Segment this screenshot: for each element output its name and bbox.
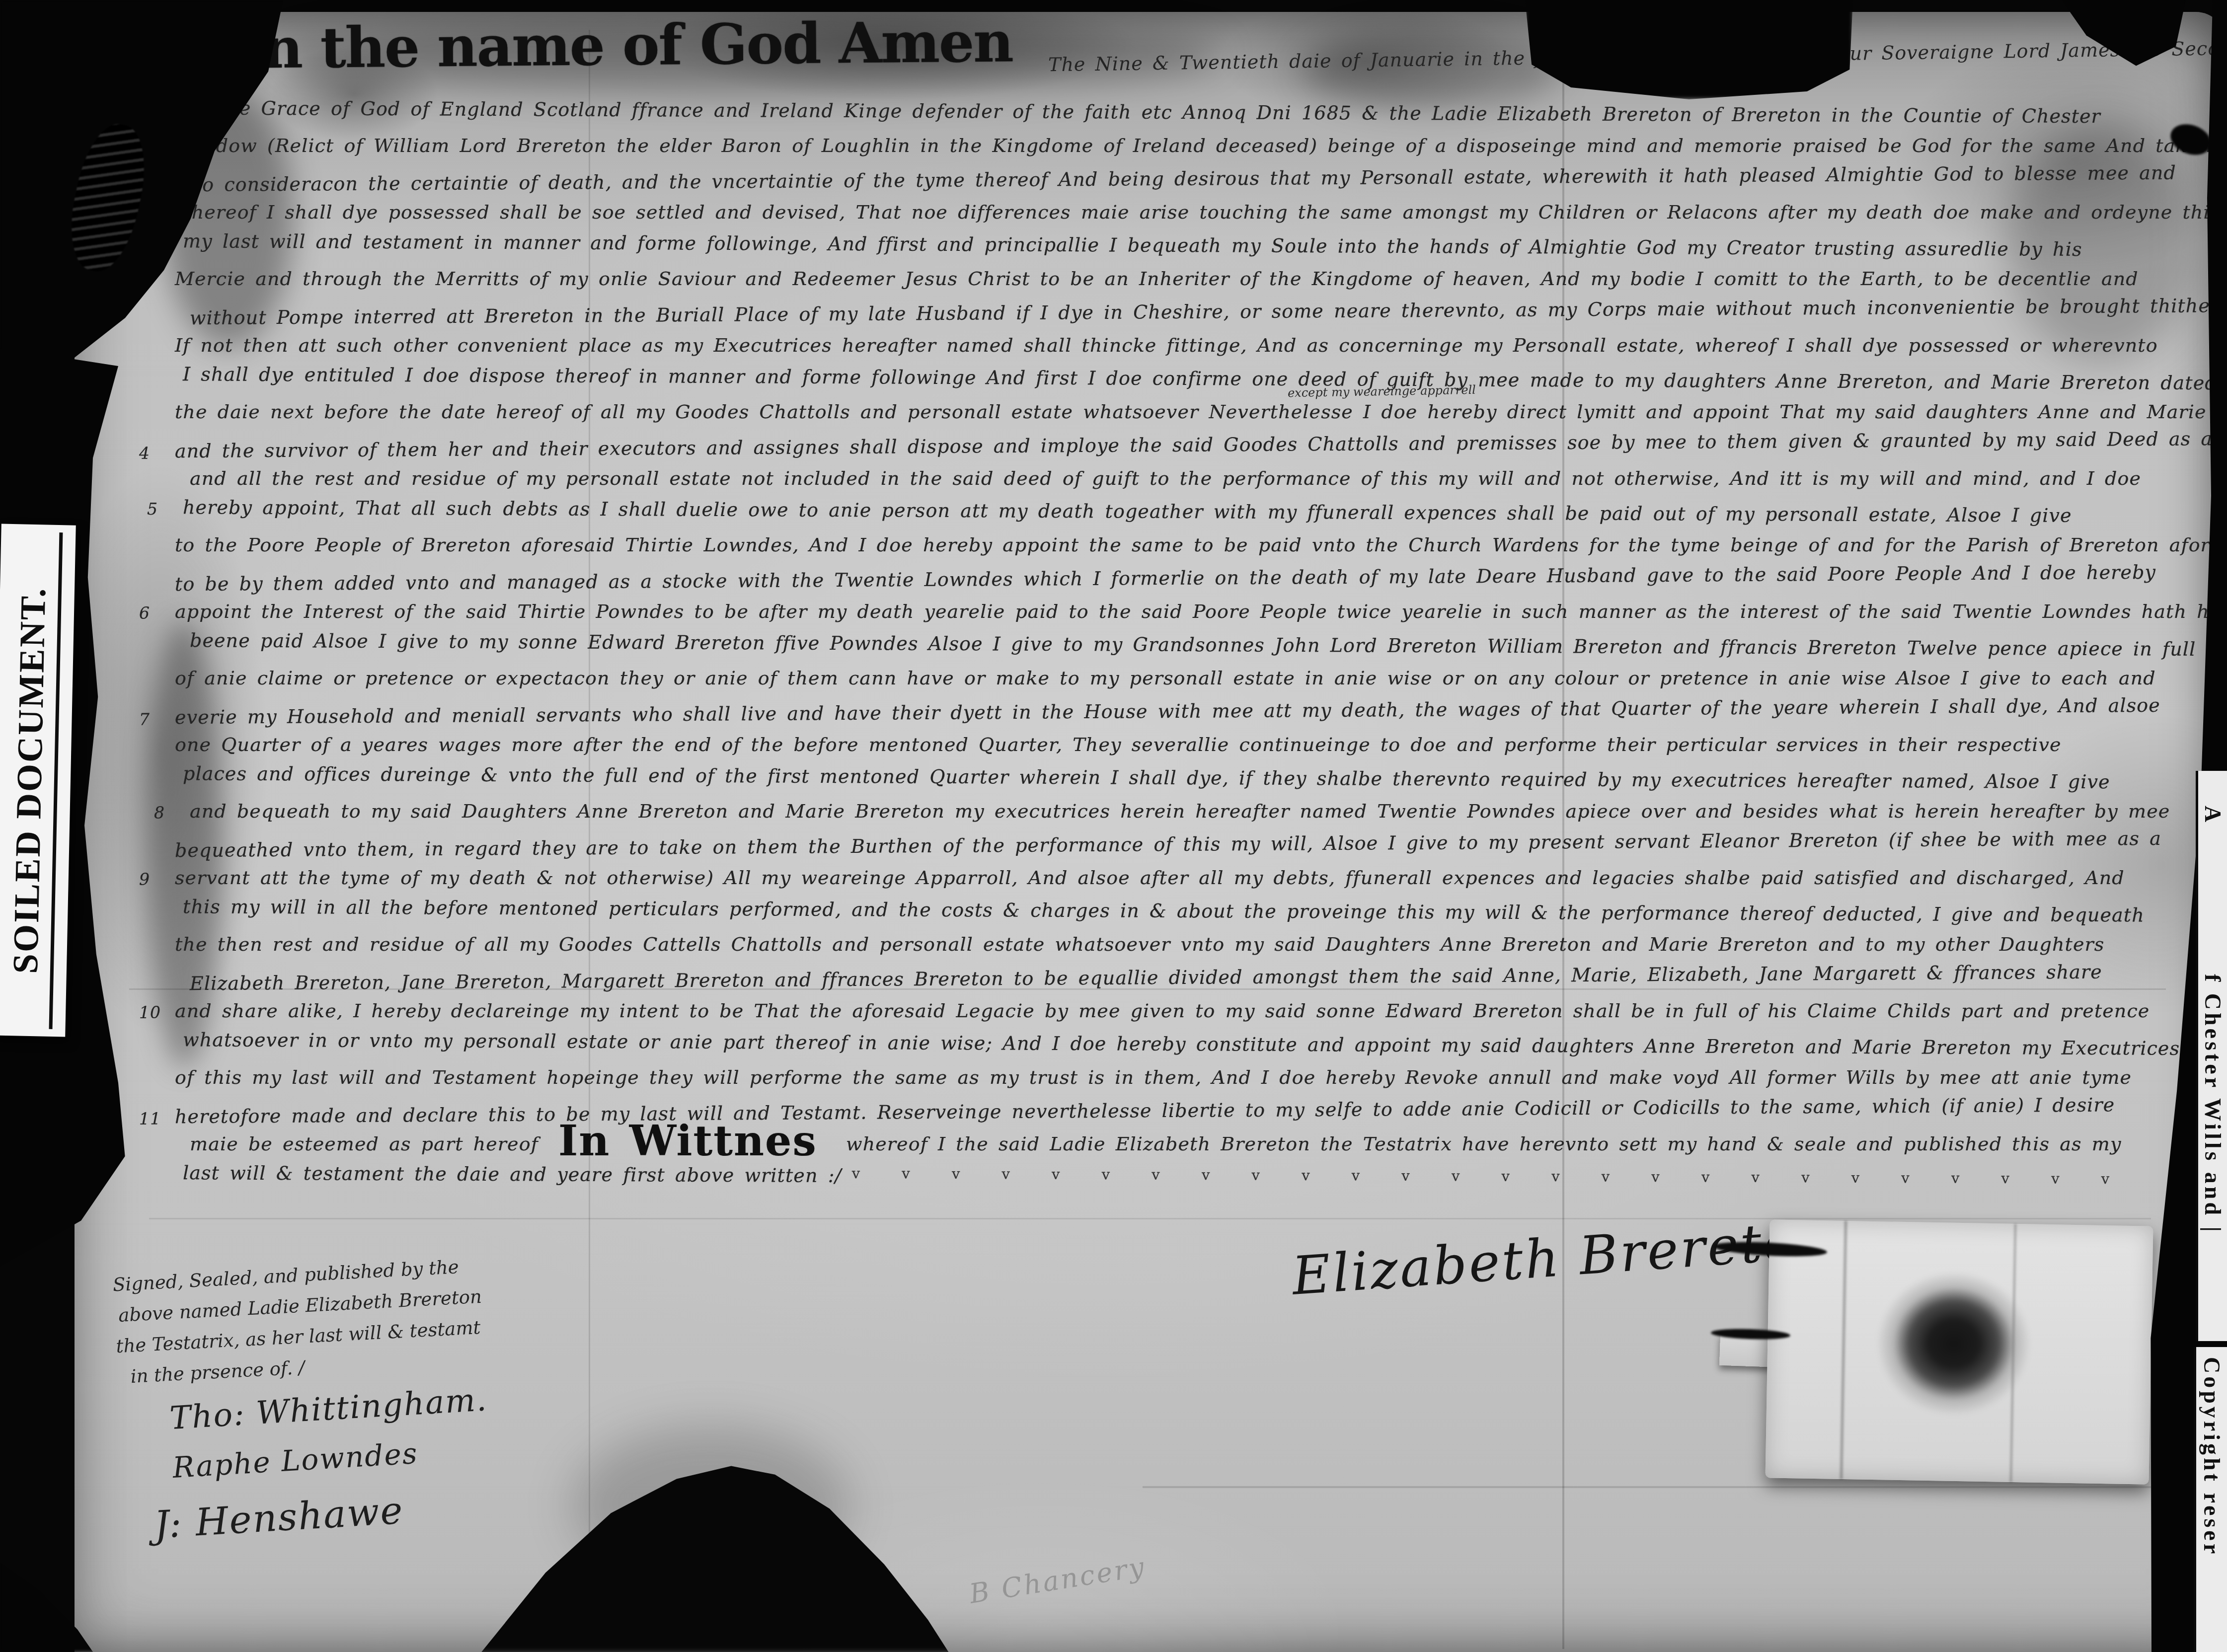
manuscript-line: my last will and testament in manner and… bbox=[183, 230, 2162, 272]
manuscript-line: 9servant att the tyme of my death & not … bbox=[175, 867, 2162, 900]
margin-number: 7 bbox=[139, 710, 150, 729]
manuscript-line: bequeathed vnto them, in regard they are… bbox=[175, 827, 2162, 873]
right-edge-label-strip: A f Chester Wills and | bbox=[2196, 771, 2227, 1341]
right-edge-label-fragment: A bbox=[2200, 806, 2226, 825]
margin-number: 11 bbox=[139, 1109, 161, 1128]
manuscript-line: maie be esteemed as part hereof In Wittn… bbox=[190, 1133, 2162, 1166]
manuscript-lines: except my weareinge apparrell By the Gra… bbox=[175, 101, 2162, 1200]
manuscript-line: 5hereby appoint, That all such debts as … bbox=[183, 496, 2162, 538]
manuscript-line: the daie next before the date hereof of … bbox=[175, 401, 2162, 434]
manuscript-line: and all the rest and residue of my perso… bbox=[190, 467, 2162, 501]
manuscript-line: 7everie my Household and meniall servant… bbox=[175, 694, 2162, 740]
manuscript-line: one Quarter of a yeares wages more after… bbox=[175, 734, 2162, 767]
margin-number: 10 bbox=[139, 1003, 161, 1022]
manuscript-line: By the Grace of God of England Scotland … bbox=[183, 97, 2162, 139]
manuscript-line: 8and bequeath to my said Daughters Anne … bbox=[190, 800, 2162, 833]
photo-background-top-notch bbox=[1525, 0, 1853, 99]
margin-number: 4 bbox=[139, 444, 150, 463]
manuscript-line: Elizabeth Brereton, Jane Brereton, Marga… bbox=[190, 961, 2162, 1006]
manuscript-line: 10and share alike, I hereby declareinge … bbox=[175, 1000, 2162, 1033]
manuscript-line: 11heretofore made and declare this to be… bbox=[175, 1094, 2162, 1139]
seal-wrapper-fold bbox=[1840, 1221, 1847, 1479]
right-edge-label-main: f Chester Wills and | bbox=[2200, 974, 2226, 1235]
manuscript-line: into consideracon the certaintie of deat… bbox=[175, 162, 2162, 207]
manuscript-line: this my will in all the before mentoned … bbox=[183, 896, 2162, 937]
photograph-of-will: In the name of God Amen The Nine & Twent… bbox=[0, 0, 2227, 1652]
gothic-heading: In the name of God Amen bbox=[237, 9, 1013, 81]
copyright-label-strip: Copyright reser bbox=[2194, 1347, 2227, 1652]
margin-number: 9 bbox=[139, 870, 150, 889]
witness-signatures: Tho: Whittingham.Raphe LowndesJ: Henshaw… bbox=[168, 1381, 495, 1552]
attestation-block: Signed, Sealed, and published by theabov… bbox=[112, 1255, 486, 1397]
manuscript-line: whereof I shall dye possessed shall be s… bbox=[175, 201, 2162, 234]
margin-number: 8 bbox=[154, 803, 165, 823]
margin-number: 6 bbox=[139, 603, 150, 623]
manuscript-line: Widow (Relict of William Lord Brereton t… bbox=[190, 135, 2162, 168]
manuscript-line: places and offices dureinge & vnto the f… bbox=[183, 762, 2162, 804]
soiled-document-card: SOILED DOCUMENT. bbox=[0, 524, 76, 1037]
soiled-document-label: SOILED DOCUMENT. bbox=[4, 531, 63, 1029]
manuscript-line: beene paid Alsoe I give to my sonne Edwa… bbox=[190, 629, 2162, 671]
manuscript-line: without Pompe interred att Brereton in t… bbox=[190, 295, 2162, 340]
manuscript-line: to the Poore People of Brereton aforesai… bbox=[175, 534, 2162, 567]
manuscript-line: I shall dye entituled I doe dispose ther… bbox=[183, 363, 2162, 405]
manuscript-line: of anie claime or pretence or expectacon… bbox=[175, 667, 2162, 700]
manuscript-line: Mercie and through the Merritts of my on… bbox=[175, 268, 2162, 301]
manuscript-line: If not then att such other convenient pl… bbox=[175, 334, 2162, 368]
margin-number: 5 bbox=[147, 499, 158, 519]
manuscript-line: to be by them added vnto and managed as … bbox=[175, 561, 2162, 606]
manuscript-line: 4and the survivor of them her and their … bbox=[175, 428, 2162, 473]
manuscript-line: of this my last will and Testament hopei… bbox=[175, 1066, 2162, 1100]
manuscript-line: the then rest and residue of all my Good… bbox=[175, 933, 2162, 967]
manuscript-line: last will & testament the daie and yeare… bbox=[183, 1162, 2162, 1203]
manuscript-line: 6appoint the Interest of the said Thirti… bbox=[175, 601, 2162, 634]
opening-line: In the name of God Amen bbox=[237, 9, 1013, 81]
manuscript-line: whatsoever in or vnto my personall estat… bbox=[183, 1029, 2162, 1070]
copyright-label: Copyright reser bbox=[2199, 1357, 2225, 1557]
